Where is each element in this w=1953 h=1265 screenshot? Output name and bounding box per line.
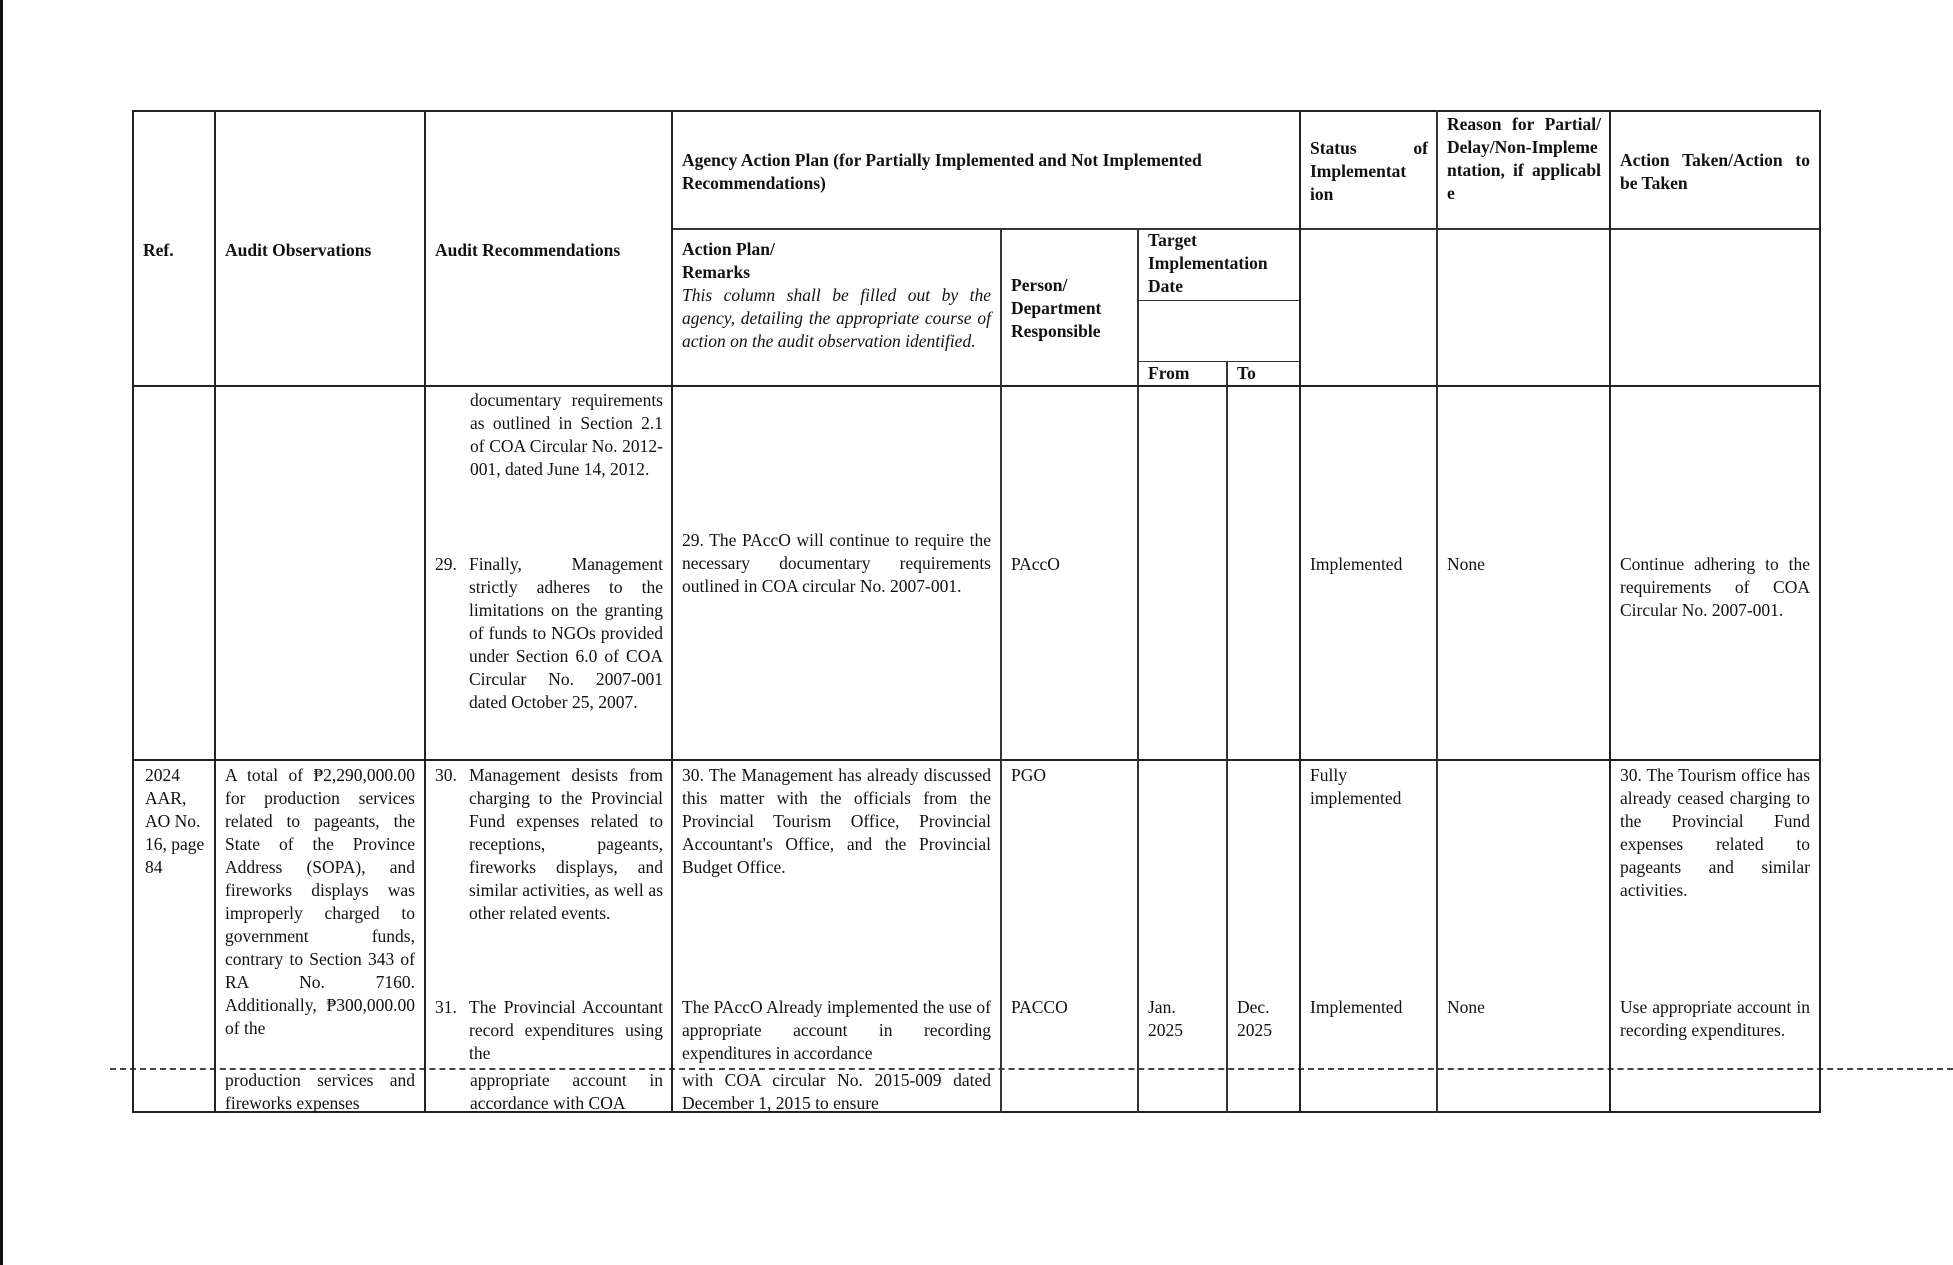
row-3-action-plan-continued: with COA circular No. 2015-009 dated Dec… (673, 1066, 1000, 1118)
row-1-reason: None (1438, 550, 1610, 579)
header-target-date: Target Implementation Date (1139, 229, 1301, 301)
row-3-action-taken: Use appropriate account in recording exp… (1611, 993, 1819, 1045)
row-1-recommendation-number: 29. (435, 553, 469, 714)
header-audit-recommendations: Audit Recommendations (426, 236, 672, 265)
row-2-status: Fully implemented (1301, 761, 1411, 813)
header-from: From (1139, 361, 1226, 388)
row-2-action-taken: 30. The Tourism office has already cease… (1611, 761, 1819, 905)
header-action-plan-note: This column shall be filled out by the a… (682, 284, 991, 353)
row-3-recommendation-number: 31. (435, 996, 469, 1065)
row-3-recommendation: 31. The Provincial Accountant record exp… (426, 993, 672, 1068)
row-1-status: Implemented (1301, 550, 1437, 579)
row-3-recommendation-text: The Provincial Accountant record expendi… (469, 996, 663, 1065)
header-agency-action-plan: Agency Action Plan (for Partially Implem… (673, 146, 1300, 198)
header-action-plan-title: Action Plan/ (682, 238, 991, 261)
row-1-responsible: PAccO (1002, 550, 1137, 579)
row-3-recommendation-continued: appropriate account in accordance with C… (426, 1066, 672, 1118)
row-3-to: Dec. 2025 (1228, 993, 1290, 1045)
row-1-recommendation-text: Finally, Management strictly adheres to … (469, 553, 663, 714)
row-2-recommendation-number: 30. (435, 764, 469, 925)
header-ref: Ref. (134, 236, 214, 265)
header-action-taken: Action Taken/Action to be Taken (1611, 146, 1819, 198)
row-2-action-plan: 30. The Management has already discussed… (673, 761, 1000, 882)
col-border-8 (1436, 110, 1438, 1113)
col-border-10 (1819, 110, 1821, 1113)
row-3-status: Implemented (1301, 993, 1437, 1022)
row-1-action-plan: 29. The PAccO will continue to require t… (673, 526, 1000, 601)
row-2-recommendation-text: Management desists from charging to the … (469, 764, 663, 925)
row-2-recommendation: 30. Management desists from charging to … (426, 761, 672, 928)
row-3-reason: None (1438, 993, 1610, 1022)
row-3-from: Jan. 2025 (1139, 993, 1209, 1045)
header-status: Status of Implementat ion (1301, 134, 1437, 209)
header-reason: Reason for Partial/Delay/Non-Implementat… (1438, 110, 1610, 208)
header-action-plan-remarks: Action Plan/ Remarks This column shall b… (673, 235, 1000, 356)
row-3-action-plan: The PAccO Already implemented the use of… (673, 993, 1000, 1068)
row-1-action-taken: Continue adhering to the requirements of… (1611, 550, 1819, 625)
row-2-responsible: PGO (1002, 761, 1137, 790)
row-2-observation-continued: production services and fireworks expens… (216, 1066, 424, 1118)
row-2-observation: A total of ₱2,290,000.00 for production … (216, 761, 424, 1043)
header-to: To (1228, 361, 1300, 388)
row-1-recommendation-continued: documentary requirements as outlined in … (426, 386, 672, 484)
header-audit-observations: Audit Observations (216, 236, 424, 265)
row-3-responsible: PACCO (1002, 993, 1137, 1022)
audit-table: Ref. Audit Observations Audit Recommenda… (0, 0, 1953, 1265)
header-person-responsible: Person/ Department Responsible (1002, 271, 1137, 346)
col-border-4 (1000, 228, 1002, 1113)
row-2-ref: 2024 AAR, AO No. 16, page 84 (134, 761, 214, 882)
header-remarks: Remarks (682, 261, 991, 284)
header-border-bottom (133, 385, 1821, 387)
row-1-recommendation: 29. Finally, Management strictly adheres… (426, 550, 672, 717)
